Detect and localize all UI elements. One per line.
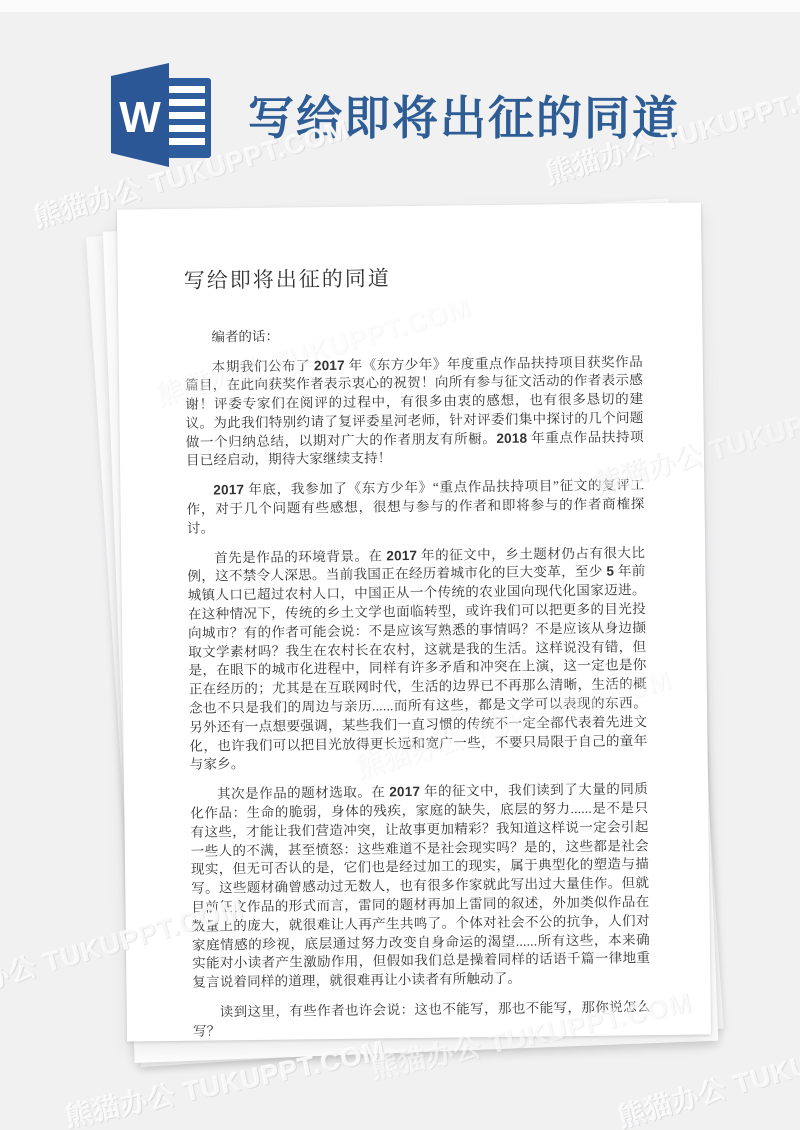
- paragraph-4: 其次是作品的题材选取。在 2017 年的征文中，我们读到了大量的同质化作品：生命…: [190, 780, 650, 992]
- word-icon-letter: W: [119, 93, 161, 142]
- template-preview-screen: { "header": { "title": "写给即将出征的同道", "wor…: [0, 0, 800, 1130]
- top-light-band: [0, 0, 800, 12]
- document-title: 写给即将出征的同道: [184, 261, 642, 297]
- editor-note-label: 编者的话：: [184, 323, 642, 347]
- paragraph-5: 读到这里，有些作者也许会说：这也不能写，那也不能写，那你说怎么写？: [193, 998, 651, 1041]
- page-title: 写给即将出征的同道: [248, 82, 680, 148]
- paragraph-2: 2017 年底，我参加了《东方少年》“重点作品扶持项目”征文的复评工作，对于几个…: [186, 476, 645, 538]
- document-page: 写给即将出征的同道 编者的话： 本期我们公布了 2017 年《东方少年》年度重点…: [117, 202, 711, 1041]
- paper-stack: 写给即将出征的同道 编者的话： 本期我们公布了 2017 年《东方少年》年度重点…: [122, 206, 706, 1038]
- word-icon: W: [108, 58, 214, 170]
- paragraph-1: 本期我们公布了 2017 年《东方少年》年度重点作品扶持项目获奖作品篇目，在此向…: [185, 353, 644, 471]
- paragraph-3: 首先是作品的环境背景。在 2017 年的征文中，乡土题材仍占有很大比例，这不禁令…: [187, 544, 648, 775]
